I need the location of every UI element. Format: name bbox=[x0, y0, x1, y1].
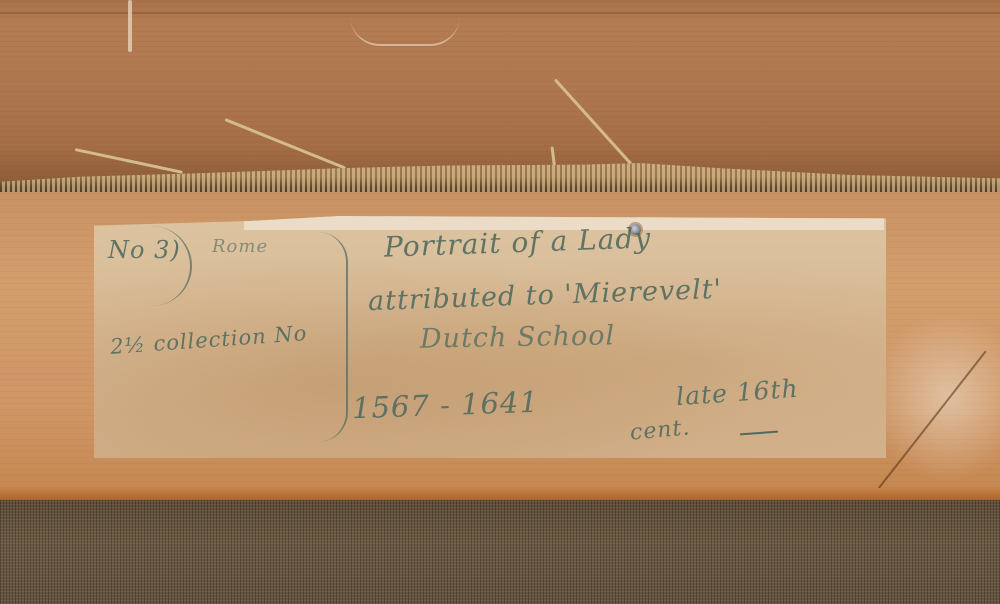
label-number: No 3) bbox=[108, 236, 181, 264]
worn-area bbox=[870, 312, 1000, 482]
frame-rail-edge bbox=[0, 488, 1000, 500]
ink-divider-line bbox=[318, 232, 348, 442]
glue-mark bbox=[350, 16, 460, 46]
wood-groove bbox=[0, 12, 1000, 14]
label-dates: 1567 - 1641 bbox=[351, 385, 539, 426]
label-school: Dutch School bbox=[420, 320, 616, 354]
label-illegible-word: Rome bbox=[212, 236, 268, 257]
wood-scratch bbox=[128, 0, 132, 52]
canvas-reverse bbox=[0, 500, 1000, 604]
top-stretcher-bar bbox=[0, 0, 1000, 182]
label-century-cent: cent. bbox=[629, 415, 691, 445]
frame-back-photo: No 3) Rome 2½ collection No Portrait of … bbox=[0, 0, 1000, 604]
